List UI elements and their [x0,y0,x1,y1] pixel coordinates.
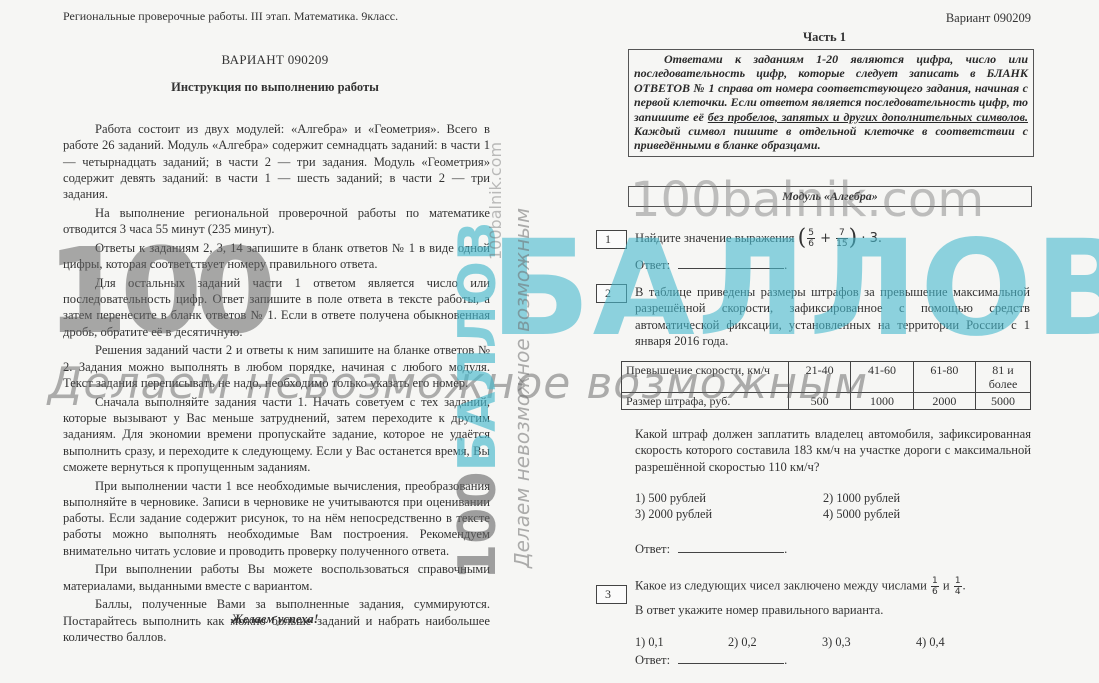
fines-table: Превышение скорости, км/ч 21-40 41-60 61… [621,361,1031,410]
table-row: Размер штрафа, руб. 500 1000 2000 5000 [622,393,1031,410]
answer-label: Ответ: [635,258,670,272]
option: 4) 5000 рублей [823,506,900,522]
answer-field-1[interactable]: Ответ:. [635,256,787,273]
instructions-body: Работа состоит из двух модулей: «Алгебра… [63,121,490,648]
question-number-box: 3 [596,585,627,604]
option: 1) 0,1 [635,634,664,650]
answer-field-2[interactable]: Ответ:. [635,540,787,557]
question-2-text: В таблице приведены размеры штрафов за п… [635,284,1030,350]
right-page: Вариант 090209 Часть 1 Ответами к задани… [550,0,1099,683]
instructions-title: Инструкция по выполнению работы [0,80,550,95]
answer-notice-box: Ответами к заданиям 1-20 являются цифра,… [628,49,1034,157]
part-title: Часть 1 [550,30,1099,45]
notice-tail: Каждый символ пишите в отдельной клеточк… [634,124,1028,152]
paragraph: Ответы к заданиям 2, 3, 14 запишите в бл… [63,240,490,273]
question-number-box: 2 [596,284,627,303]
question-3-prompt: Какое из следующих чисел заключено между… [635,578,927,592]
paragraph: Для остальных заданий части 1 ответом яв… [63,275,490,340]
option: 3) 0,3 [822,634,851,650]
answer-blank[interactable] [678,540,784,553]
variant-title: ВАРИАНТ 090209 [0,52,550,68]
option: 3) 2000 рублей [635,506,712,522]
notice-underlined: без пробелов, запятых и других дополните… [708,110,1028,124]
paragraph: Сначала выполняйте задания части 1. Нача… [63,394,490,475]
answer-label: Ответ: [635,653,670,667]
question-1-prompt: Найдите значение выражения [635,231,794,245]
answer-label: Ответ: [635,542,670,556]
question-number-box: 1 [596,230,627,249]
question-3-text: Какое из следующих чисел заключено между… [635,576,1035,597]
paragraph: Работа состоит из двух модулей: «Алгебра… [63,121,490,202]
paragraph: Решения заданий части 2 и ответы к ним з… [63,342,490,391]
answer-blank[interactable] [678,651,784,664]
option: 4) 0,4 [916,634,945,650]
left-page: Региональные проверочные работы. III эта… [0,0,550,683]
option: 2) 0,2 [728,634,757,650]
question-3-instruction: В ответ укажите номер правильного вариан… [635,602,883,618]
option: 1) 500 рублей [635,490,706,506]
question-1-text: Найдите значение выражения (56 + 715) · … [635,228,1035,249]
option: 2) 1000 рублей [823,490,900,506]
math-expression: (56 + 715) · 3. [798,231,882,246]
closing-wish: Желаем успеха! [0,612,550,627]
page-header: Региональные проверочные работы. III эта… [63,9,398,24]
variant-header: Вариант 090209 [946,11,1031,26]
answer-field-3[interactable]: Ответ:. [635,651,787,668]
paragraph: При выполнении работы Вы можете воспольз… [63,561,490,594]
paragraph: На выполнение региональной проверочной р… [63,205,490,238]
answer-blank[interactable] [678,256,784,269]
paragraph: При выполнении части 1 все необходимые в… [63,478,490,559]
table-row: Превышение скорости, км/ч 21-40 41-60 61… [622,362,1031,393]
question-2-prompt: Какой штраф должен заплатить владелец ав… [635,426,1031,475]
module-title-box: Модуль «Алгебра» [628,186,1032,207]
